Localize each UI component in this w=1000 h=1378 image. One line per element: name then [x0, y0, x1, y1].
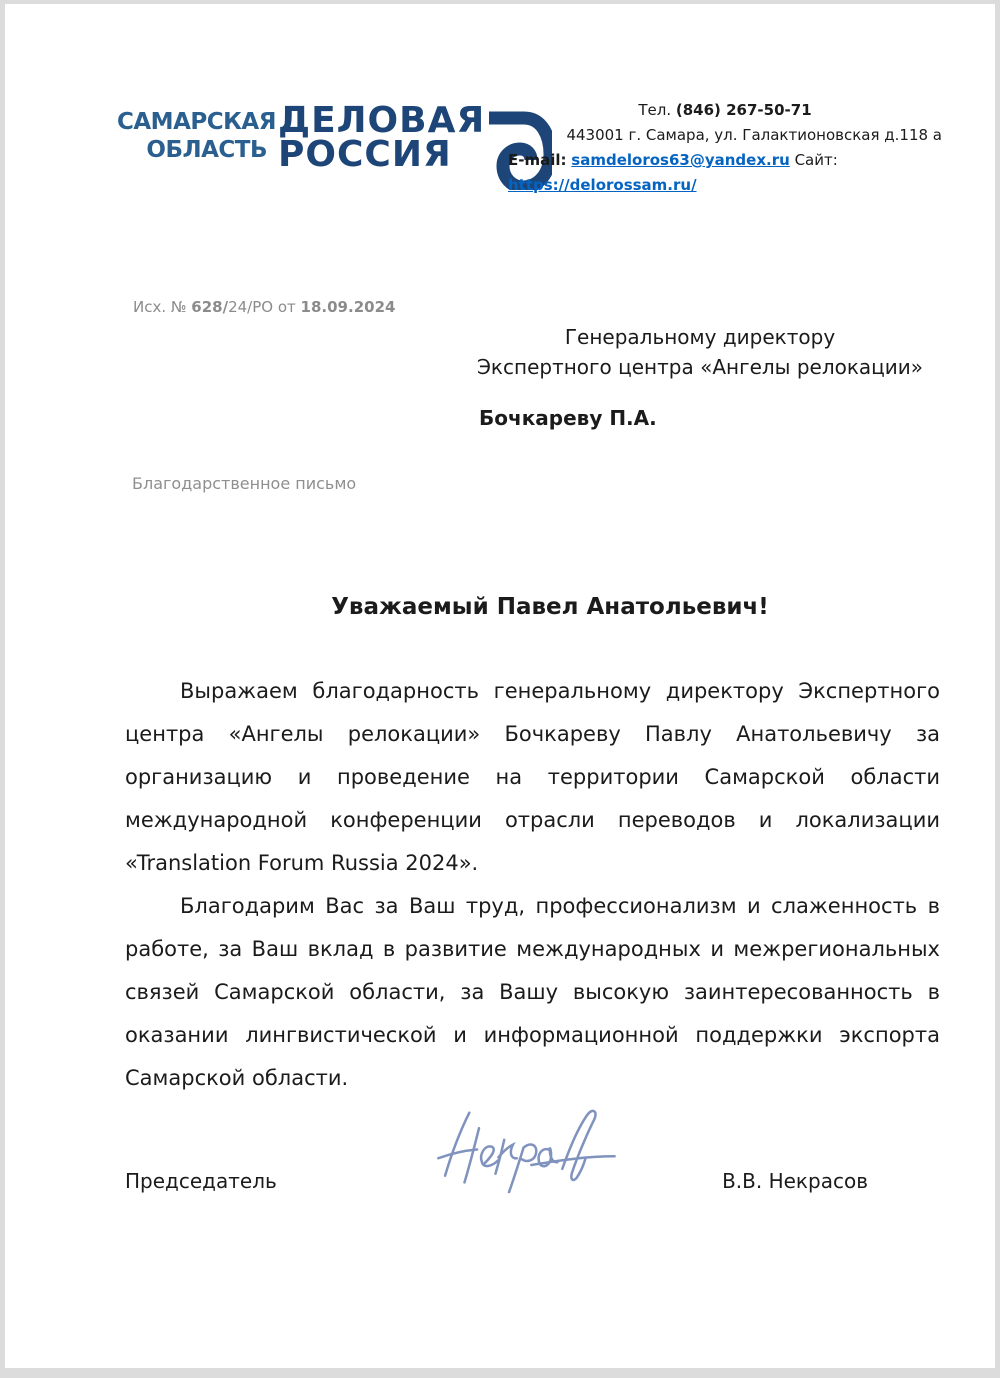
- logo-org-line1: ДЕЛОВАЯ: [278, 104, 485, 138]
- logo-region-line2: ОБЛАСТЬ: [117, 136, 267, 164]
- ref-number-rest: 24/РО: [228, 298, 273, 316]
- contact-site-line: https://delorossam.ru/: [508, 173, 942, 198]
- letter-page: САМАРСКАЯ ОБЛАСТЬ ДЕЛОВАЯ РОССИЯ Тел. (8…: [5, 4, 995, 1368]
- email-link[interactable]: samdeloros63@yandex.ru: [571, 151, 789, 169]
- body-line: международной конференции отрасли перево…: [125, 799, 940, 842]
- contact-phone-line: Тел. (846) 267-50-71: [508, 98, 942, 123]
- addressee-block: Генеральному директору Экспертного центр…: [463, 322, 937, 433]
- logo-org-line2: РОССИЯ: [278, 138, 485, 172]
- body-line: Выражаем благодарность генеральному дире…: [125, 670, 940, 713]
- ref-prefix: Исх. №: [133, 298, 186, 316]
- addressee-title-line2: Экспертного центра «Ангелы релокации»: [463, 352, 937, 382]
- signer-name: В.В. Некрасов: [722, 1166, 868, 1196]
- letterhead: САМАРСКАЯ ОБЛАСТЬ ДЕЛОВАЯ РОССИЯ: [117, 96, 552, 194]
- body-line: работе, за Ваш вклад в развитие междунар…: [125, 928, 940, 971]
- letter-body: Выражаем благодарность генеральному дире…: [125, 670, 940, 1100]
- body-line: Самарской области.: [125, 1057, 940, 1100]
- email-label: E-mail:: [508, 151, 567, 169]
- body-line: связей Самарской области, за Вашу высоку…: [125, 971, 940, 1014]
- addressee-name: Бочкареву П.А.: [463, 403, 937, 433]
- phone-number: (846) 267-50-71: [676, 101, 812, 119]
- contact-email-line: E-mail: samdeloros63@yandex.ru Сайт:: [508, 148, 942, 173]
- reference-line: Исх. № 628/24/РО от 18.09.2024: [133, 298, 395, 316]
- logo-region-line1: САМАРСКАЯ: [117, 108, 267, 136]
- phone-label: Тел.: [638, 101, 671, 119]
- site-label: Сайт:: [795, 151, 838, 169]
- letter-subject: Благодарственное письмо: [132, 474, 356, 493]
- salutation: Уважаемый Павел Анатольевич!: [120, 594, 940, 620]
- contact-address-line: 443001 г. Самара, ул. Галактионовская д.…: [508, 123, 942, 148]
- contact-block: Тел. (846) 267-50-71 443001 г. Самара, у…: [508, 98, 942, 198]
- body-line: оказании лингвистической и информационно…: [125, 1014, 940, 1057]
- website-link[interactable]: https://delorossam.ru/: [508, 176, 697, 194]
- postal-address: 443001 г. Самара, ул. Галактионовская д.…: [566, 126, 942, 144]
- logo-org-text: ДЕЛОВАЯ РОССИЯ: [278, 104, 485, 172]
- ref-date: 18.09.2024: [301, 298, 396, 316]
- body-line: Благодарим Вас за Ваш труд, профессионал…: [125, 885, 940, 928]
- signature-row: Председатель В.В. Некрасов: [125, 1166, 940, 1196]
- body-line: «Translation Forum Russia 2024».: [125, 842, 940, 885]
- ref-of-word: от: [278, 298, 296, 316]
- addressee-title-line1: Генеральному директору: [463, 322, 937, 352]
- signer-position: Председатель: [125, 1166, 277, 1196]
- body-line: центра «Ангелы релокации» Бочкареву Павл…: [125, 713, 940, 756]
- ref-number-bold: 628/: [191, 298, 228, 316]
- logo-region-text: САМАРСКАЯ ОБЛАСТЬ: [117, 108, 267, 164]
- body-line: организацию и проведение на территории С…: [125, 756, 940, 799]
